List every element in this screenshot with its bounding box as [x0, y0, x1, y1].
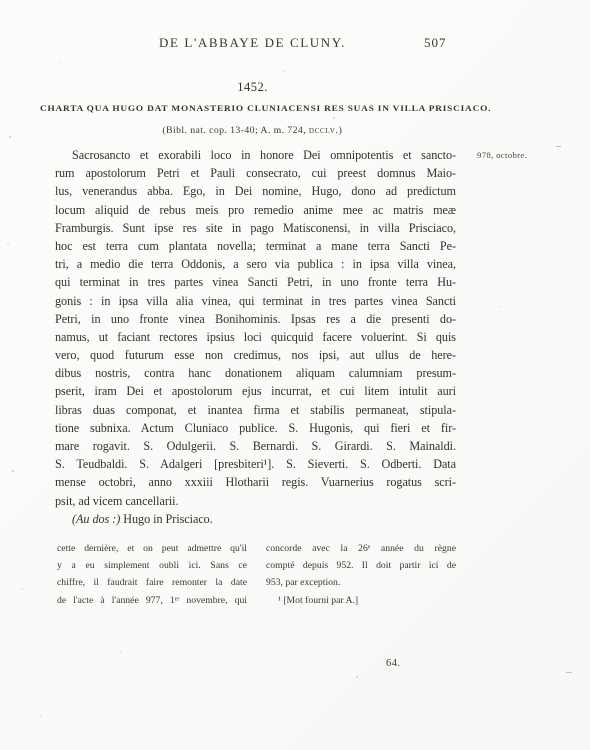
- footnote-line: cette dernière, et on peut admettre qu'i…: [57, 540, 247, 557]
- footnote-line: y a eu simplement oubli ici. Sans ce: [57, 557, 247, 574]
- body-line: hoc est terra cum plantata novella; term…: [55, 237, 456, 255]
- footnote-line: de l'acte à l'année 977, 1ᵉʳ novembre, q…: [57, 592, 247, 609]
- footnote-line: compté depuis 952. Il doit partir ici de: [266, 557, 456, 574]
- body-line: Petri, in uno fronte vinea Bonihominis. …: [55, 310, 456, 328]
- body-line: gonis : in ipsa villa alia vinea, qui te…: [55, 292, 456, 310]
- body-line: tione subnixa. Actum Cluniaco publice. S…: [55, 419, 456, 437]
- body-line: tri, a medio die terra Oddonis, a sero v…: [55, 255, 456, 273]
- body-line: qui terminat in tres partes vinea Sancti…: [55, 273, 456, 291]
- footnote-column-right: concorde avec la 26ᵉ année du règnecompt…: [266, 540, 456, 609]
- body-line: locum aliquid de rebus meis pro remedio …: [55, 201, 456, 219]
- footnote-column-left: cette dernière, et on peut admettre qu'i…: [57, 540, 247, 609]
- scanned-book-page: DE L'ABBAYE DE CLUNY. 507 1452. CHARTA Q…: [0, 0, 590, 750]
- body-line: rum apostolorum Petri et Pauli consecrat…: [55, 164, 456, 182]
- source-reference-prefix: (Bibl. nat. cop. 13-40; A. m. 724,: [162, 125, 309, 136]
- body-line: lus, venerandus abba. Ego, in Dei nomine…: [55, 182, 456, 200]
- body-line: S. Teudbaldi. S. Adalgeri [presbiteri¹].…: [55, 455, 456, 473]
- page-number: 507: [424, 35, 447, 51]
- footnotes-section: cette dernière, et on peut admettre qu'i…: [57, 540, 457, 609]
- charter-body-lines: Sacrosancto et exorabili loco in honore …: [55, 146, 456, 510]
- body-line: Sacrosancto et exorabili loco in honore …: [55, 146, 456, 164]
- source-reference-smallcaps: dcclv.): [309, 125, 343, 136]
- au-dos-line: (Au dos :) Hugo in Prisciaco.: [55, 510, 456, 528]
- body-line: mare rogavit. S. Odulgerii. S. Bernardi.…: [55, 437, 456, 455]
- body-line: pserit, iram Dei et apostolorum ejus inc…: [55, 382, 456, 400]
- footnote-line: concorde avec la 26ᵉ année du règne: [266, 540, 456, 557]
- charter-heading: CHARTA QUA HUGO DAT MONASTERIO CLUNIACEN…: [40, 104, 465, 113]
- body-line: Framburgis. Sunt ipse res site in pago M…: [55, 219, 456, 237]
- footnote-line: 953, par exception.: [266, 574, 456, 591]
- au-dos-text: Hugo in Prisciaco.: [120, 512, 212, 526]
- footnote-line: ¹ [Mot fourni par A.]: [266, 592, 456, 609]
- charter-body: Sacrosancto et exorabili loco in honore …: [55, 146, 456, 528]
- footnote-line: chiffre, il faudrait faire remonter la d…: [57, 574, 247, 591]
- body-line: libras duas componat, et inantea firma e…: [55, 401, 456, 419]
- body-line: mense octobri, anno xxxiii Hlotharii reg…: [55, 473, 456, 491]
- signature-mark: 64.: [386, 658, 401, 669]
- source-reference-line: (Bibl. nat. cop. 13-40; A. m. 724, dcclv…: [0, 125, 505, 136]
- au-dos-label: (Au dos :): [72, 512, 120, 526]
- margin-date-note: 978, octobre.: [477, 150, 582, 160]
- body-line: psit, ad vicem cancellarii.: [55, 492, 456, 510]
- body-line: dibus nostris, contra hanc donationem al…: [55, 364, 456, 382]
- body-line: namus, ut faciant rectores ipsius loci q…: [55, 328, 456, 346]
- charter-number: 1452.: [0, 80, 505, 95]
- body-line: vero, quod futurum esse non credimus, no…: [55, 346, 456, 364]
